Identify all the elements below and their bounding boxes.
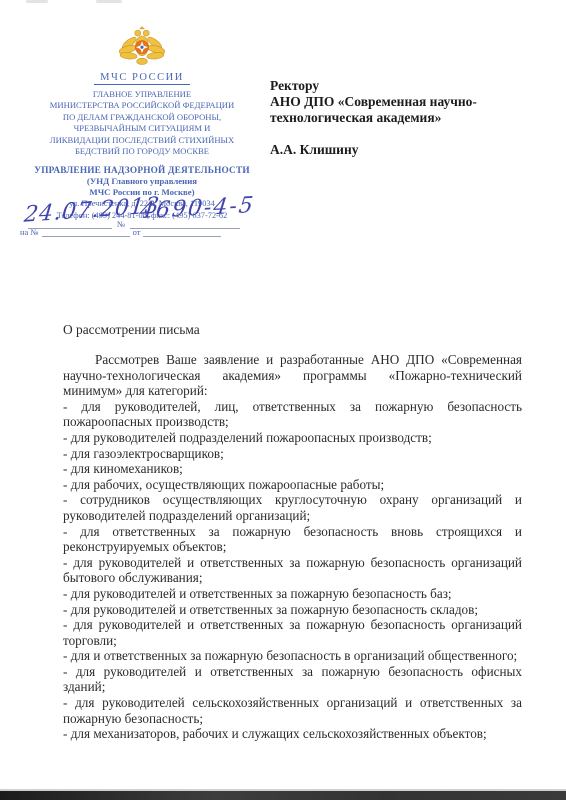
letterhead: МЧС РОССИИ ГЛАВНОЕ УПРАВЛЕНИЕМИНИСТЕРСТВ…: [14, 26, 270, 221]
category-item: - для киномехаников;: [63, 461, 522, 477]
org-name-line: БЕДСТВИЙ ПО ГОРОДУ МОСКВЕ: [14, 146, 270, 157]
category-item: - для руководителей и ответственных за п…: [63, 555, 522, 586]
recipient-role: Ректору: [270, 78, 530, 94]
recipient-org-line-1: АНО ДПО «Современная научно-: [270, 94, 530, 110]
category-item: - для руководителей и ответственных за п…: [63, 602, 522, 618]
scan-edge-artifact: [0, 791, 566, 800]
category-item: - для ответственных за пожарную безопасн…: [63, 524, 522, 555]
department-subtitle-1: (УНД Главного управления: [14, 176, 270, 186]
categories-list: - для руководителей, лиц, ответственных …: [63, 399, 522, 742]
ref-number-blank-line: [42, 226, 130, 237]
scan-smudge: [96, 0, 122, 3]
category-item: - для руководителей и ответственных за п…: [63, 586, 522, 602]
department-title: УПРАВЛЕНИЕ НАДЗОРНОЙ ДЕЯТЕЛЬНОСТИ: [14, 166, 270, 176]
ref-from-label: от: [130, 227, 144, 237]
org-name-line: МИНИСТЕРСТВА РОССИЙСКОЙ ФЕДЕРАЦИИ: [14, 100, 270, 111]
org-name-line: ЛИКВИДАЦИИ ПОСЛЕДСТВИЙ СТИХИЙНЫХ: [14, 135, 270, 146]
reference-row: на №от: [20, 226, 260, 240]
category-item: - для руководителей и ответственных за п…: [63, 617, 522, 648]
category-item: - для руководителей, лиц, ответственных …: [63, 399, 522, 430]
org-name-line: ГЛАВНОЕ УПРАВЛЕНИЕ: [14, 89, 270, 100]
category-item: - сотрудников осуществляющих круглосуточ…: [63, 492, 522, 523]
recipient-org-line-2: технологическая академия»: [270, 110, 530, 126]
category-item: - для газоэлектросварщиков;: [63, 446, 522, 462]
ref-date-blank-line: [143, 226, 221, 237]
recipient-name: А.А. Клишину: [270, 142, 530, 158]
category-item: - для руководителей подразделений пожаро…: [63, 430, 522, 446]
subject-line: О рассмотрении письма: [63, 322, 200, 338]
category-item: - для руководителей и ответственных за п…: [63, 664, 522, 695]
opening-paragraph: Рассмотрев Ваше заявление и разработанны…: [63, 352, 522, 399]
scanned-letter-page: МЧС РОССИИ ГЛАВНОЕ УПРАВЛЕНИЕМИНИСТЕРСТВ…: [0, 0, 566, 800]
org-name-line: ПО ДЕЛАМ ГРАЖДАНСКОЙ ОБОРОНЫ,: [14, 112, 270, 123]
category-item: - для рабочих, осуществляющих пожароопас…: [63, 477, 522, 493]
scan-smudge: [26, 0, 48, 3]
recipient-block: Ректору АНО ДПО «Современная научно- тех…: [270, 78, 530, 158]
letter-body: Рассмотрев Ваше заявление и разработанны…: [63, 352, 522, 742]
ref-prefix-label: на №: [20, 227, 42, 237]
category-item: - для руководителей сельскохозяйственных…: [63, 695, 522, 726]
agency-title: МЧС РОССИИ: [94, 72, 190, 85]
category-item: - для механизаторов, рабочих и служащих …: [63, 726, 522, 742]
org-name-line: ЧРЕЗВЫЧАЙНЫМ СИТУАЦИЯМ И: [14, 123, 270, 134]
category-item: - для и ответственных за пожарную безопа…: [63, 648, 522, 664]
mchs-eagle-emblem: [119, 26, 165, 67]
org-name-lines: ГЛАВНОЕ УПРАВЛЕНИЕМИНИСТЕРСТВА РОССИЙСКО…: [14, 89, 270, 157]
